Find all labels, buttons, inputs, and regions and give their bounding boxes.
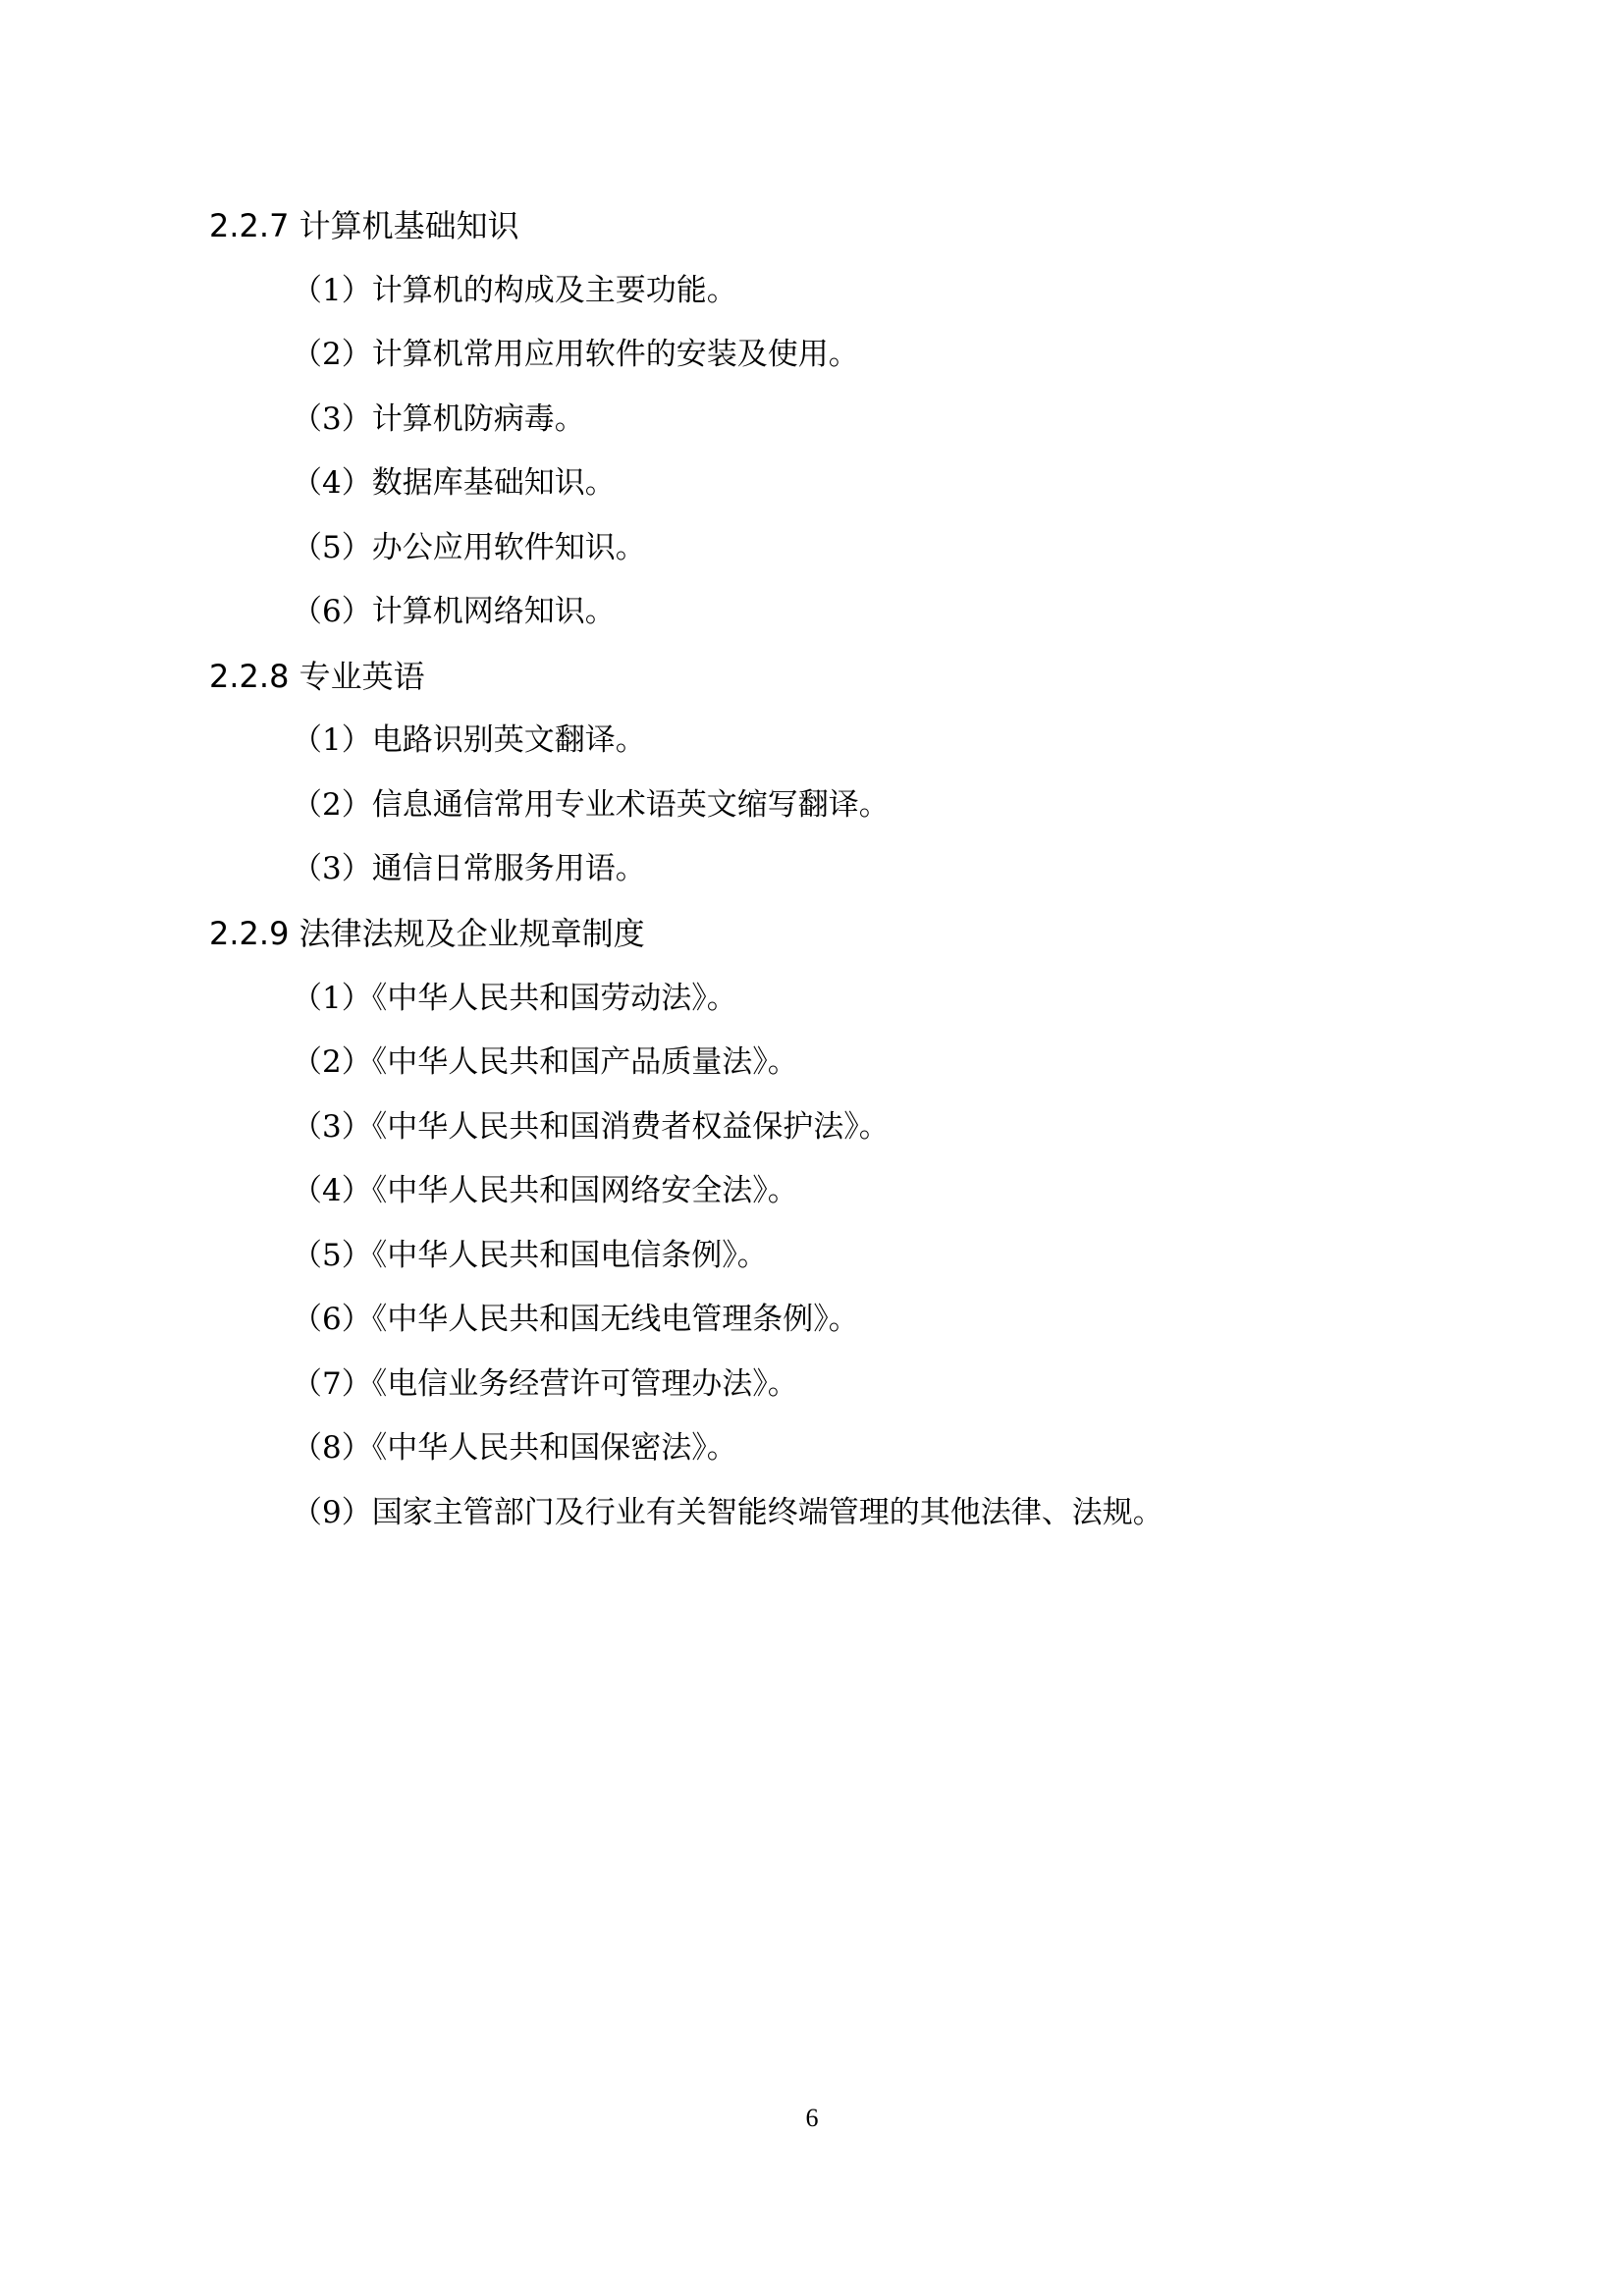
list-item: （6）《中华人民共和国无线电管理条例》。: [292, 1300, 859, 1339]
list-item: （3）计算机防病毒。: [292, 400, 585, 439]
section-heading: 2.2.7 计算机基础知识: [209, 206, 519, 245]
list-item: （7）《电信业务经营许可管理办法》。: [292, 1364, 798, 1404]
list-item: （2）计算机常用应用软件的安装及使用。: [292, 335, 859, 374]
list-item: （5）《中华人民共和国电信条例》。: [292, 1236, 768, 1275]
list-item: （5）办公应用软件知识。: [292, 528, 646, 567]
list-item: （1）电路识别英文翻译。: [292, 721, 646, 760]
list-item: （4）《中华人民共和国网络安全法》。: [292, 1171, 798, 1210]
list-item: （2）信息通信常用专业术语英文缩写翻译。: [292, 785, 890, 825]
list-item: （1）计算机的构成及主要功能。: [292, 271, 737, 310]
section-heading: 2.2.8 专业英语: [209, 657, 425, 696]
list-item: （2）《中华人民共和国产品质量法》。: [292, 1042, 798, 1082]
list-item: （1）《中华人民共和国劳动法》。: [292, 979, 737, 1018]
page-number: 6: [0, 2104, 1624, 2133]
list-item: （6）计算机网络知识。: [292, 592, 616, 631]
list-item: （8）《中华人民共和国保密法》。: [292, 1428, 737, 1468]
list-item: （3）《中华人民共和国消费者权益保护法》。: [292, 1107, 890, 1147]
list-item: （3）通信日常服务用语。: [292, 849, 646, 888]
list-item: （4）数据库基础知识。: [292, 463, 616, 503]
section-heading: 2.2.9 法律法规及企业规章制度: [209, 914, 645, 953]
list-item: （9）国家主管部门及行业有关智能终端管理的其他法律、法规。: [292, 1493, 1164, 1532]
